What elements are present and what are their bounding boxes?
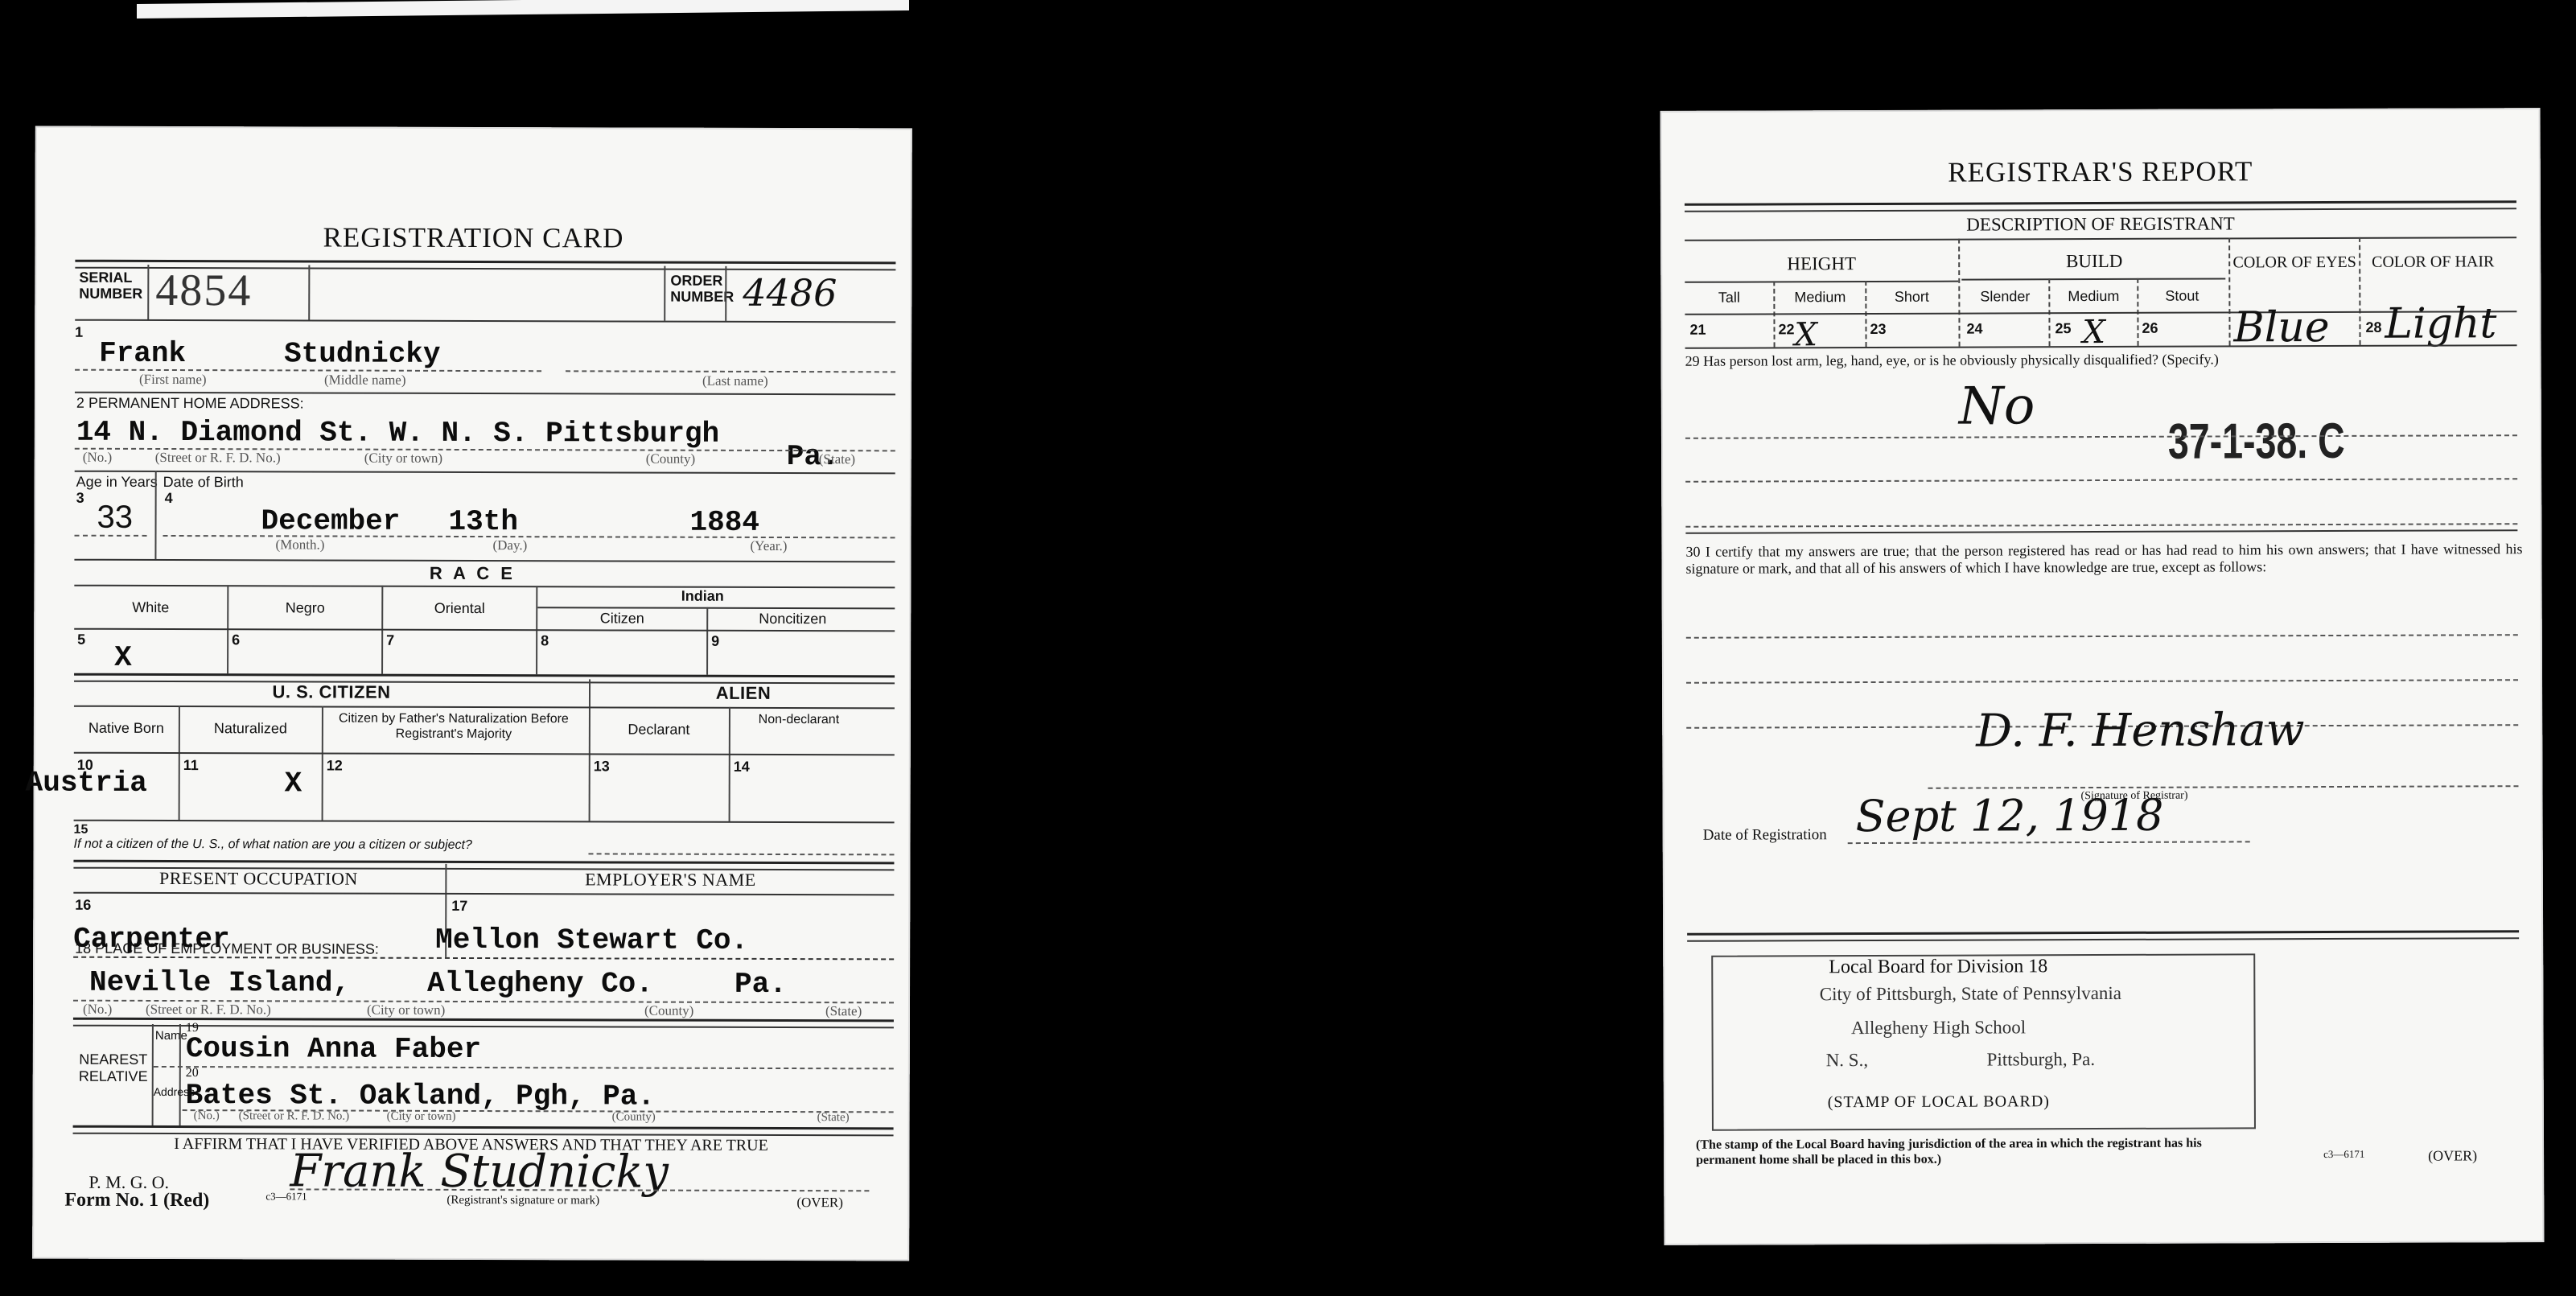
field-number: 11 [183,757,199,774]
card-title: REGISTRATION CARD [35,221,911,256]
hair-color-value: Light [2385,299,2496,348]
form-number: Form No. 1 (Red) [64,1190,209,1212]
field-number: 7 [386,632,394,649]
divider [75,319,895,323]
dob-month-value: December [261,504,401,537]
first-name-label: (First name) [139,372,207,388]
hair-color-header: COLOR OF HAIR [2360,253,2505,271]
citizen-col-native-born: Native Born [74,720,179,737]
address-state-label: (State) [819,451,855,467]
divider [537,607,895,609]
stamp-caption: (STAMP OF LOCAL BOARD) [1714,1092,2164,1113]
dob-year-value: 1884 [690,506,760,539]
divider [664,266,665,321]
nearest-relative-label: NEAREST RELATIVE [73,1051,154,1085]
underline [75,535,147,537]
field-number: 17 [451,898,467,915]
dob-day-value: 13th [449,505,519,538]
field-number: 9 [711,633,719,650]
stamp-line: City of Pittsburgh, State of Pennsylvani… [1713,982,2228,1005]
divider [73,892,894,896]
race-col-white: White [74,599,227,616]
race-header: R A C E [34,562,911,586]
previous-card-edge [137,0,909,19]
address-no-label: (No.) [194,1109,220,1123]
print-code: c3—6171 [2323,1148,2364,1161]
divider [706,607,708,675]
employer-header: EMPLOYER'S NAME [445,869,895,891]
classification-stamp: 37-1-38. C [2168,413,2345,471]
middle-name-label: (Middle name) [324,372,406,389]
alien-col-nondeclarant: Non-declarant [730,712,867,727]
field-number: 14 [734,759,750,776]
underline [1686,634,2518,639]
field-number: 15 [74,823,88,837]
race-col-indian-noncitizen: Noncitizen [708,611,877,628]
field-number: 3 [76,490,84,507]
field-number: 24 [1966,321,1982,338]
underline [1685,478,2517,483]
registration-date-value: Sept 12, 1918 [1855,790,2163,841]
q29-answer: No [1959,376,2035,436]
address-city-label: (City or town) [367,1002,445,1018]
build-col-slender: Slender [1961,288,2048,305]
field-number: 1 [75,324,83,341]
alien-col-declarant: Declarant [591,721,727,738]
underline [154,1066,894,1069]
divider [1961,278,2225,280]
address-county-label: (County) [644,1003,693,1019]
race-col-indian-citizen: Citizen [537,610,706,627]
age-label: Age in Years [76,474,158,491]
serial-number-value: 4854 [155,265,252,316]
underline [1848,841,2250,844]
report-title: REGISTRAR'S REPORT [1660,154,2541,190]
last-name-label: (Last name) [702,373,768,389]
age-value: 33 [97,500,134,536]
divider [74,706,895,710]
dob-month-label: (Month.) [275,537,324,553]
race-col-indian: Indian [537,587,867,605]
divider [1685,281,1958,283]
divider [179,706,180,820]
nationality-question: If not a citizen of the U. S., of what n… [73,837,471,853]
home-address-label: 2 PERMANENT HOME ADDRESS: [76,395,304,413]
divider [725,266,726,321]
registration-card-front: REGISTRATION CARD SERIAL NUMBER 4854 ORD… [32,126,912,1261]
field-number: 16 [75,897,91,914]
underline [1685,523,2517,528]
us-citizen-header: U. S. CITIZEN [74,681,589,704]
occupation-header: PRESENT OCCUPATION [73,868,443,890]
employment-state-value: Pa. [735,968,787,1001]
eye-color-header: COLOR OF EYES [2230,253,2359,272]
race-col-oriental: Oriental [383,600,536,617]
field-number: 22 [1778,321,1794,338]
divider [147,265,149,319]
underline [1928,785,2518,789]
relative-name-label: Name [155,1029,187,1043]
divider [589,679,591,821]
divider [1685,200,2516,212]
divider [179,1024,181,1125]
divider [729,707,730,821]
divider [1685,529,2517,534]
field-number: 13 [594,758,610,775]
alien-header: ALIEN [591,682,896,704]
divider [74,752,895,756]
relative-address-value: Bates St. Oakland, Pgh, Pa. [186,1079,655,1113]
certification-text: 30 I certify that my answers are true; t… [1685,541,2522,578]
employment-county-value: Allegheny Co. [427,967,653,1001]
dob-day-label: (Day.) [492,537,527,553]
stamp-line: Allegheny High School [1713,1017,2163,1039]
height-header: HEIGHT [1685,253,1958,275]
over-label: (OVER) [796,1195,843,1211]
address-state-label: (State) [817,1111,850,1125]
employment-place-label: 18 PLACE OF EMPLOYMENT OR BUSINESS: [75,940,379,958]
address-street-label: (Street or R. F. D. No.) [155,450,281,466]
field-number: 26 [2142,320,2158,337]
race-white-mark: X [114,641,132,674]
registrars-report-back: REGISTRAR'S REPORT DESCRIPTION OF REGIST… [1660,108,2545,1245]
divider [1958,239,1960,347]
underline [1685,434,2517,439]
order-number-value: 4486 [743,271,837,315]
field-number: 5 [77,632,85,648]
address-county-label: (County) [612,1110,656,1124]
race-col-negro: Negro [228,599,381,616]
divider [74,628,895,632]
stamp-line: Pittsburgh, Pa. [1987,1049,2095,1070]
divider [308,265,310,319]
address-street-label: (Street or R. F. D. No.) [146,1002,271,1018]
height-col-tall: Tall [1685,289,1773,306]
underline [1686,679,2518,684]
build-col-medium: Medium [2050,288,2137,305]
build-header: BUILD [1961,250,2227,272]
dob-label: Date of Birth [163,474,244,491]
field-number: 12 [327,758,343,775]
build-col-stout: Stout [2138,287,2225,304]
address-state-label: (State) [825,1003,862,1019]
citizen-col-father-naturalization: Citizen by Father's Naturalization Befor… [325,711,582,743]
field-number: 21 [1689,322,1706,339]
middle-name-value: Studnicky [284,337,441,371]
field-number: 28 [2365,319,2381,336]
address-city-label: (City or town) [364,451,442,467]
employer-value: Mellon Stewart Co. [435,924,748,957]
height-col-short: Short [1866,289,1957,306]
divider [1685,237,2516,241]
registrar-signature: D. F. Henshaw [1976,704,2305,757]
underline [588,853,894,855]
height-col-medium: Medium [1775,289,1865,306]
signature-label: (Registrant's signature or mark) [446,1194,599,1208]
divider [74,820,895,824]
field-number: 4 [165,490,173,507]
divider [152,1024,154,1125]
local-board-stamp-box: Local Board for Division 18 City of Pitt… [1711,953,2256,1130]
field-number: 8 [541,632,549,649]
home-address-value: 14 N. Diamond St. W. N. S. Pittsburgh [76,416,719,451]
address-street-label: (Street or R. F. D. No.) [239,1109,350,1123]
field-number: 23 [1870,321,1886,338]
divider [154,471,156,559]
print-code: c3—6171 [265,1190,307,1203]
address-no-label: (No.) [83,450,112,466]
description-header: DESCRIPTION OF REGISTRANT [1660,212,2541,237]
naturalized-mark: X [285,767,302,800]
address-no-label: (No.) [83,1002,112,1018]
physical-disqualification-question: 29 Has person lost arm, leg, hand, eye, … [1685,349,2522,370]
registration-date-label: Date of Registration [1703,826,1827,845]
over-label: (OVER) [2428,1147,2477,1164]
field-number: 6 [232,632,240,648]
citizen-col-naturalized: Naturalized [180,720,321,737]
divider [322,706,323,821]
first-name-value: Frank [99,337,186,370]
native-born-value: Austria [26,767,147,800]
field-number: 25 [2055,320,2071,337]
address-county-label: (County) [646,451,695,467]
employment-place-value: Neville Island, [89,966,350,1000]
stamp-footnote: (The stamp of the Local Board having jur… [1696,1135,2259,1167]
stamp-line: N. S., [1826,1050,1868,1071]
stamp-line: Local Board for Division 18 [1713,956,2163,979]
divider [1687,930,2519,942]
relative-name-value: Cousin Anna Faber [186,1032,481,1066]
serial-number-label: SERIAL NUMBER [79,269,151,302]
dob-year-label: (Year.) [750,538,787,554]
address-city-label: (City or town) [387,1110,456,1124]
